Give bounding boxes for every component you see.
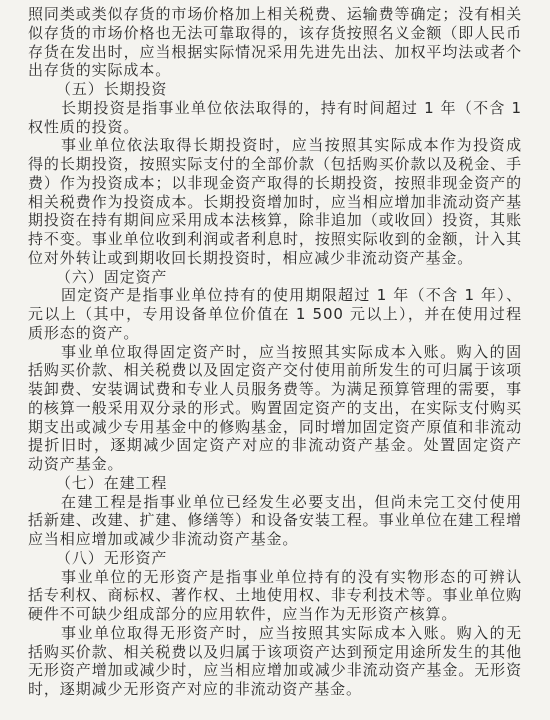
text-line: 元以上（其中，专用设备单位价值在 1 500 元以上），并在使用过程中基本保持原… — [28, 305, 522, 324]
text-line: 时，逐期减少无形资产对应的非流动资产基金。 — [28, 680, 528, 699]
text-line: 括专利权、商标权、著作权、土地使用权、非专利技术等。事业单位购入的不构成相关 — [28, 586, 522, 605]
text-line: 动资产基金。 — [28, 455, 528, 474]
text-line: 费）作为投资成本；以非现金资产取得的长期投资，按照非现金资产的评估价值加上 — [28, 174, 522, 193]
text-line: 期投资在持有期间应采用成本法核算，除非追加（或收回）投资，其账面价值一直保 — [28, 211, 522, 230]
section-heading-construction-in-progress: （七）在建工程 — [28, 474, 528, 493]
text-line: 括购买价款、相关税费以及归属于该项资产达到预定用途所发生的其他支出。事业单位 — [28, 643, 522, 662]
paragraph-first-line: 事业单位的无形资产是指事业单位持有的没有实物形态的可辨认非货币性资产，包 — [28, 568, 522, 587]
text-line: 位对外转让或到期收回长期投资时，相应减少非流动资产基金。 — [28, 249, 528, 268]
text-line: 的核算一般采用双分录的形式。购置固定资产的支出，在实际支付购买价款时确认为当 — [28, 399, 522, 418]
paragraph-first-line: 固定资产是指事业单位持有的使用期限超过 1 年（不含 1 年）、单位价值在 1 … — [28, 286, 522, 305]
section-heading-fixed-assets: （六）固定资产 — [28, 268, 528, 287]
text-line: 应当相应增加或减少非流动资产基金。 — [28, 530, 528, 549]
text-line: 持不变。事业单位收到利润或者利息时，按照实际收到的金额，计入其他收入。事业单 — [28, 230, 522, 249]
text-line: 期支出或减少专用基金中的修购基金，同时增加固定资产原值和非流动资产基金。在计 — [28, 418, 522, 437]
text-line: 似存货的市场价格也无法可靠取得的，该存货按照名义金额（即人民币 1 元）入账。 — [28, 24, 522, 43]
text-line: 出存货的实际成本。 — [28, 61, 528, 80]
text-line: 质形态的资产。 — [28, 324, 528, 343]
text-line: 硬件不可缺少组成部分的应用软件，应当作为无形资产核算。 — [28, 605, 528, 624]
text-line: 括购买价款、相关税费以及固定资产交付使用前所发生的可归属于该项资产的运输费、 — [28, 361, 522, 380]
text-line: 存货在发出时，应当根据实际情况采用先进先出法、加权平均法或者个别计价法确定发 — [28, 43, 522, 62]
paragraph-first-line: 事业单位取得无形资产时，应当按照其实际成本入账。购入的无形资产，其成本包 — [28, 624, 522, 643]
paragraph-first-line: 事业单位依法取得长期投资时，应当按照其实际成本作为投资成本。以货币资金取 — [28, 136, 522, 155]
text-line: 括新建、改建、扩建、修缮等）和设备安装工程。事业单位在建工程增加或减少时， — [28, 511, 522, 530]
section-heading-intangible-assets: （八）无形资产 — [28, 549, 528, 568]
paragraph-first-line: 长期投资是指事业单位依法取得的，持有时间超过 1 年（不含 1 年）的股权和债 — [28, 99, 522, 118]
paragraph-first-line: 事业单位取得固定资产时，应当按照其实际成本入账。购入的固定资产，其成本包 — [28, 343, 522, 362]
text-line: 无形资产增加或减少时，应当相应增加或减少非流动资产基金。无形资产在计提摊销 — [28, 661, 522, 680]
section-heading-long-term-investment: （五）长期投资 — [28, 80, 528, 99]
document-page: 照同类或类似存货的市场价格加上相关税费、运输费等确定；没有相关凭据、同类或类 似… — [28, 5, 528, 699]
text-line: 提折旧时，逐期减少固定资产对应的非流动资产基金。处置固定资产时，相应减少非流 — [28, 436, 522, 455]
text-line: 照同类或类似存货的市场价格加上相关税费、运输费等确定；没有相关凭据、同类或类 — [28, 5, 522, 24]
text-line: 装卸费、安装调试费和专业人员服务费等。为满足预算管理的需要，事业单位固定资产 — [28, 380, 522, 399]
text-line: 权性质的投资。 — [28, 118, 528, 137]
text-line: 相关税费作为投资成本。长期投资增加时，应当相应增加非流动资产基金。事业单位长 — [28, 193, 522, 212]
text-line: 得的长期投资，按照实际支付的全部价款（包括购买价款以及税金、手续费等相关税 — [28, 155, 522, 174]
paragraph-first-line: 在建工程是指事业单位已经发生必要支出，但尚未完工交付使用的各种建筑（包 — [28, 493, 522, 512]
